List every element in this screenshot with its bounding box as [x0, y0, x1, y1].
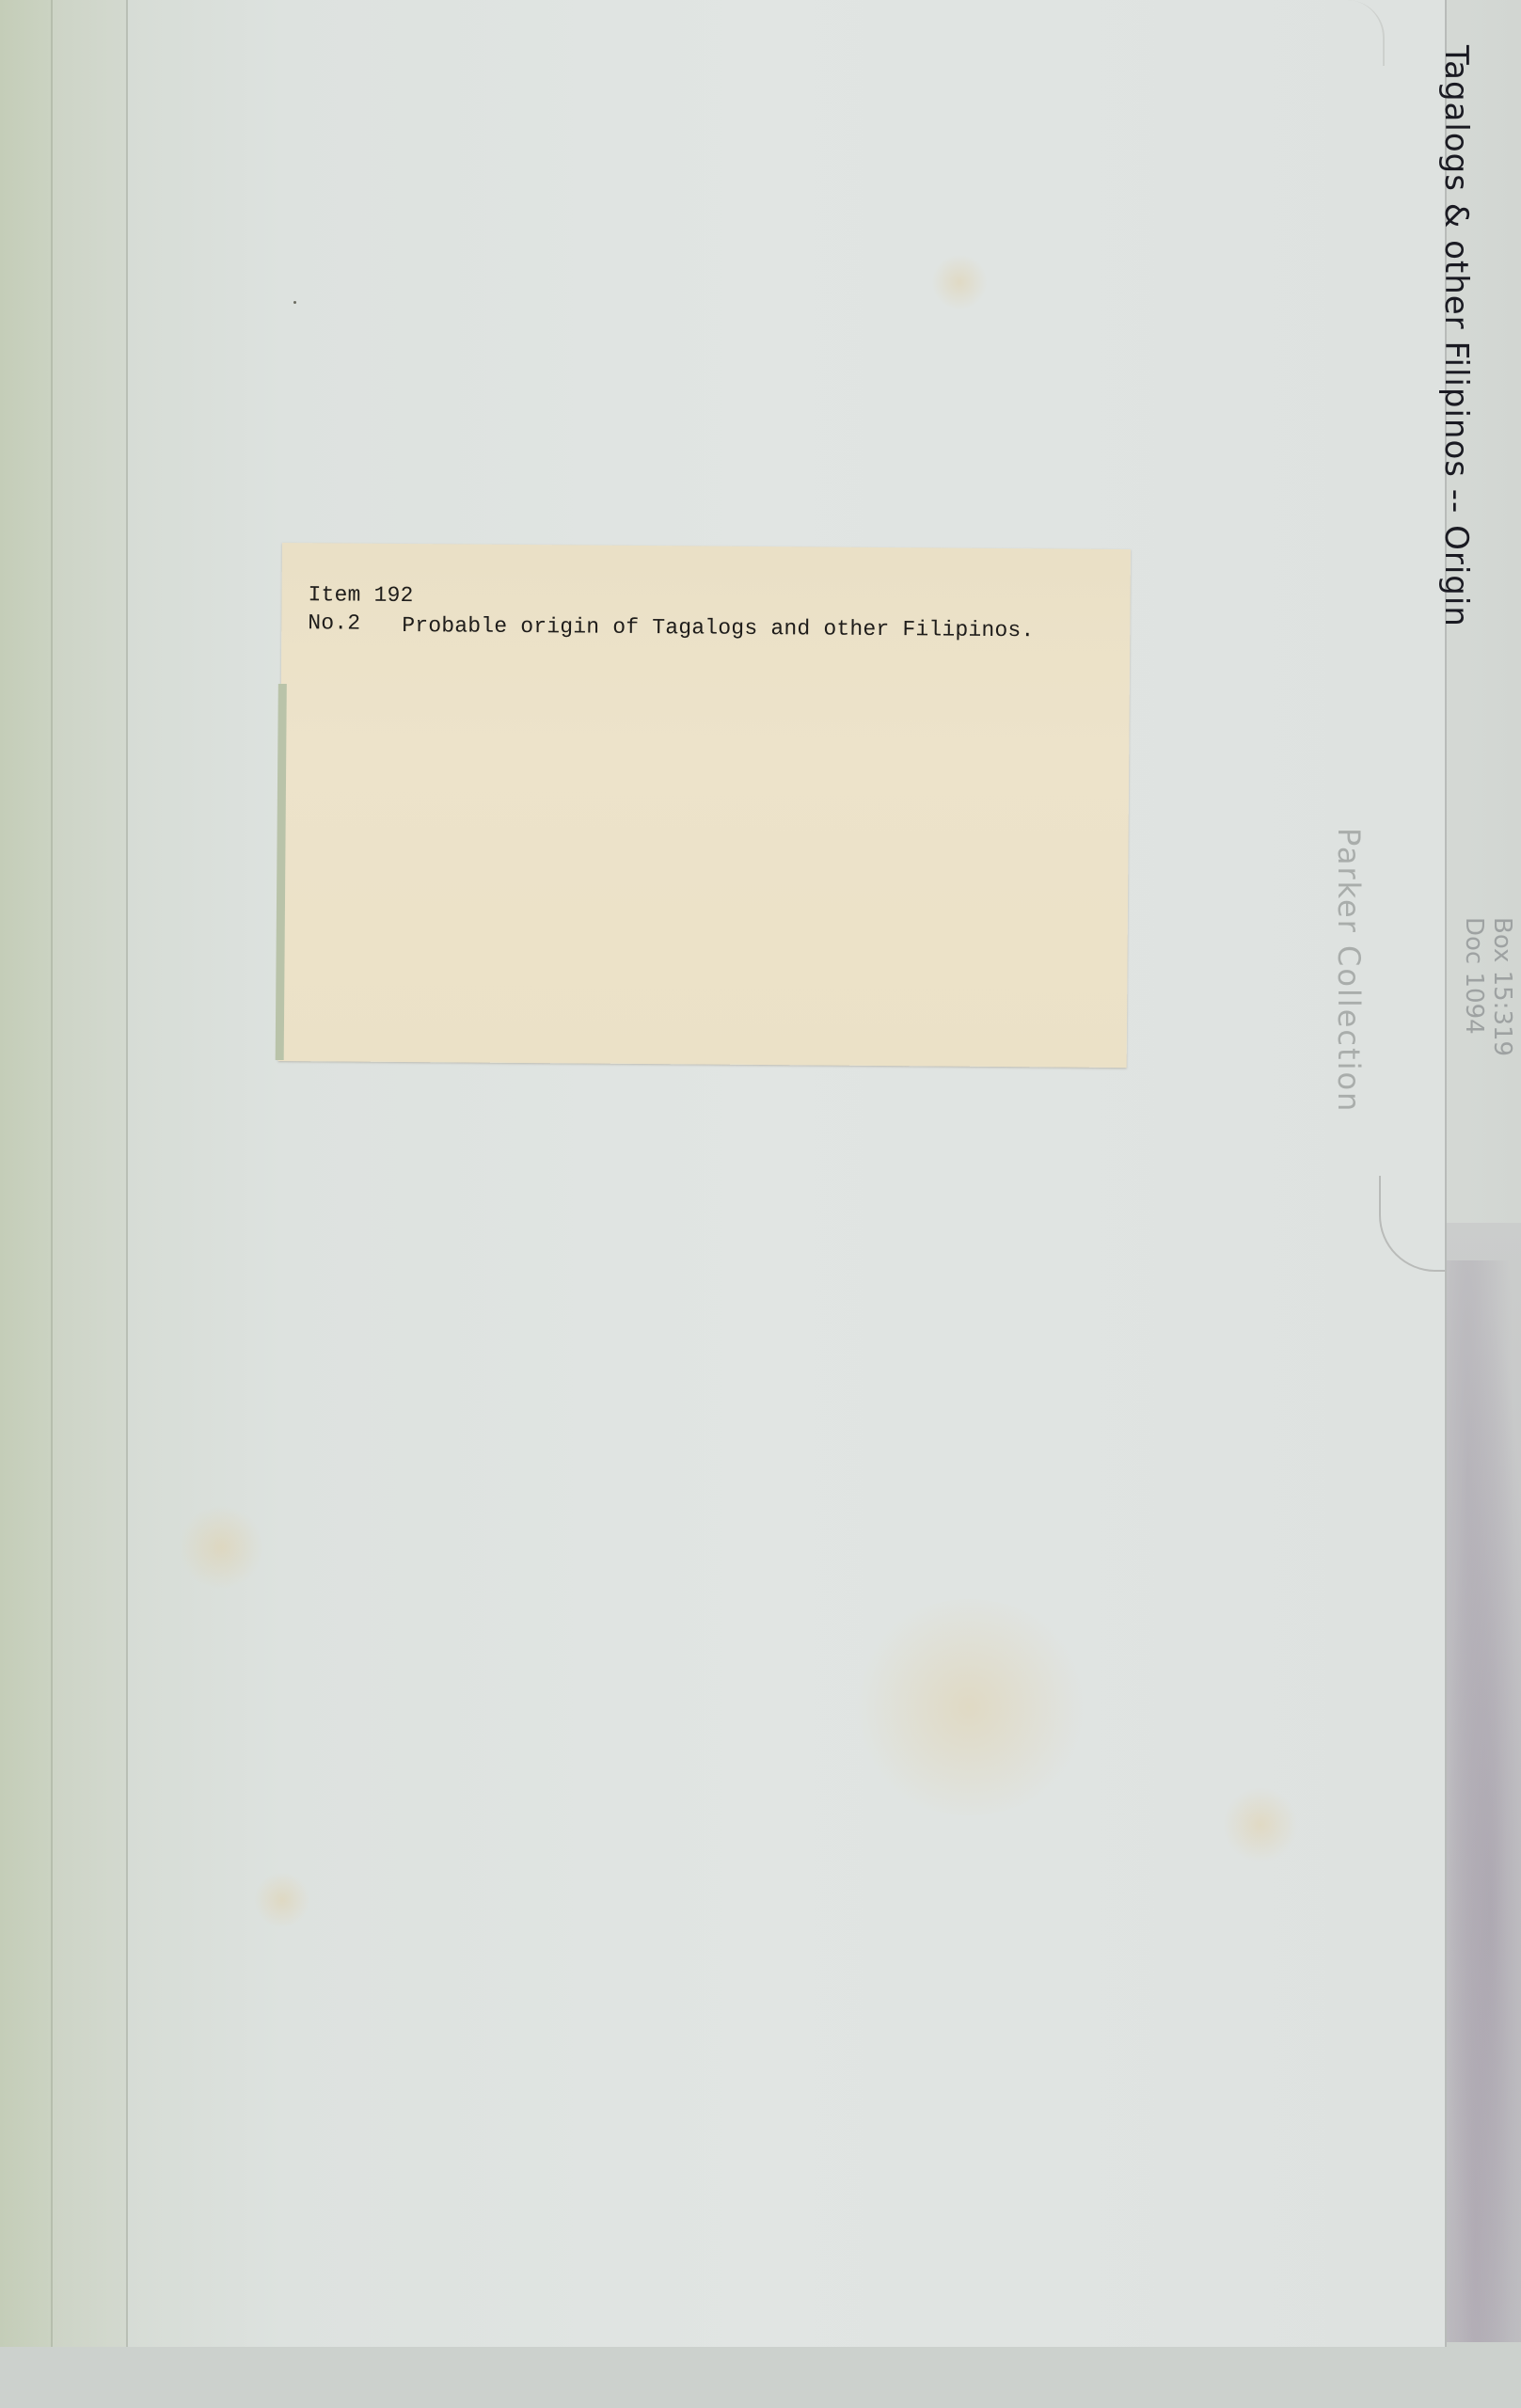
- index-card: Item 192 No.2 Probable origin of Tagalog…: [278, 543, 1131, 1068]
- folder-crease-line: [126, 0, 128, 2347]
- paper-stain: [179, 1505, 263, 1590]
- paper-speck: [293, 301, 296, 304]
- folder-crease-line: [51, 0, 53, 2347]
- folder-bottom-edge: [0, 2342, 1521, 2408]
- pencil-doc-note: Doc 1094: [1460, 917, 1488, 1035]
- card-sequence-number: No.2: [308, 610, 360, 635]
- index-card-edge: [276, 684, 287, 1060]
- paper-stain: [254, 1872, 310, 1928]
- folder-tab-handwritten-label: Tagalogs & other Filipinos -- Origin: [1437, 45, 1475, 627]
- folder-front-panel: [0, 0, 1447, 2347]
- paper-stain: [1223, 1787, 1298, 1862]
- folder-spine-strip-inner: [53, 0, 126, 2347]
- card-title: Probable origin of Tagalogs and other Fi…: [402, 613, 1034, 642]
- paper-stain: [847, 1599, 1091, 1815]
- pencil-box-note: Box 15:319: [1488, 917, 1516, 1056]
- pencil-collection-note: Parker Collection: [1331, 828, 1367, 1113]
- paper-stain: [931, 254, 988, 310]
- card-item-number: Item 192: [308, 582, 413, 608]
- folder-back-mottled-area: [1445, 1260, 1521, 2342]
- folder-spine-strip-outer: [0, 0, 51, 2347]
